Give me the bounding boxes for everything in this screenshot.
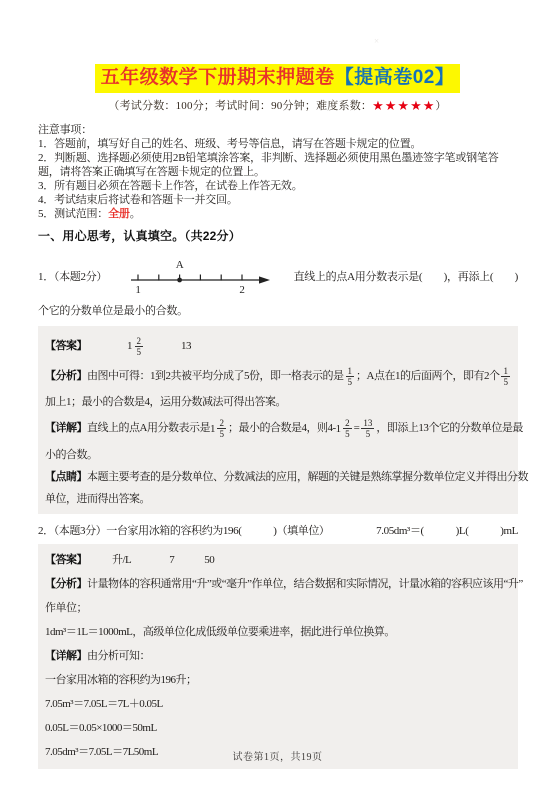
question-2-formula: 7.05dm³＝( )L( )mL — [376, 522, 518, 538]
exam-info-line: （考试分数：100分；考试时间：90分钟；难度系数：★★★★★） — [0, 97, 555, 114]
point-a-label: A — [176, 259, 184, 271]
tip-label: 【点睛】 — [45, 471, 87, 483]
q1-tip-line-1: 【点睛】本题主要考查的是分数单位、分数减法的应用，解题的关键是熟练掌握分数单位定… — [45, 469, 510, 485]
fraction-13-5: 135 — [361, 418, 374, 439]
question-1-text: 直线上的点A用分数表示是( )，再添上( ) — [294, 268, 518, 284]
faint-print-artifact: × — [374, 36, 379, 46]
q1-answer-fraction: 125 — [127, 334, 145, 358]
tick-label-2: 2 — [240, 284, 245, 296]
q2-detail-line-2: 一台家用冰箱的容积约为196升； — [45, 672, 510, 688]
analysis-label: 【分析】 — [45, 578, 87, 590]
detail-label: 【详解】 — [45, 422, 87, 434]
q2-analysis-line-1: 【分析】计量物体的容积通常用“升”或“毫升”作单位，结合数据和实际情况，计量冰箱… — [45, 576, 510, 592]
analysis-label: 【分析】 — [45, 370, 87, 382]
exam-paper: × 五年级数学下册期末押题卷【提高卷02】 （考试分数：100分；考试时间：90… — [0, 0, 555, 785]
q1-answer-second: 13 — [181, 340, 191, 352]
q2-analysis-line-2: 作单位； — [45, 600, 510, 616]
q1-tip-line-2: 单位，进而得出答案。 — [45, 491, 510, 507]
q2-answer-value-3: 50 — [204, 554, 214, 566]
fraction-1-5: 15 — [501, 366, 510, 387]
numberline-arrowhead — [259, 276, 270, 283]
q2-detail-line-3: 7.05m³＝7.05L＝7L＋0.05L — [45, 696, 510, 712]
q2-answer-value-2: 7 — [169, 554, 174, 566]
mixed-fraction-1-2-5: 125 — [210, 417, 228, 441]
notice-item-1: 1．答题前，填写好自己的姓名、班级、考号等信息，请写在答题卡规定的位置。 — [38, 137, 518, 151]
q2-answer-line: 【答案】升/L750 — [45, 552, 510, 568]
exam-info-text: （考试分数：100分；考试时间：90分钟；难度系数： — [108, 100, 372, 112]
point-a-dot — [178, 278, 183, 283]
notice-item-4: 4．考试结束后将试卷和答题卡一并交回。 — [38, 193, 518, 207]
notice-item-2: 2．判断题、选择题必须使用2B铅笔填涂答案，非判断、选择题必须使用黑色墨迹签字笔… — [38, 151, 518, 179]
question-2: 2．（本题3分）一台家用冰箱的容积约为196( )（填单位） 7.05dm³＝(… — [38, 522, 518, 538]
q1-detail-line-1: 【详解】直线上的点A用分数表示是125；最小的合数是4，则4-125=135，即… — [45, 416, 510, 440]
question-1-text-cont: 个它的分数单位是最小的合数。 — [38, 302, 518, 318]
q1-solution-block: 【答案】12513 【分析】由图中可得：1到2共被平均分成了5份，即一格表示的是… — [38, 326, 518, 514]
q2-answer-value-1: 升/L — [112, 554, 131, 566]
notice-heading: 注意事项： — [38, 123, 518, 137]
q2-detail-line-1: 【详解】由分析可知： — [45, 648, 510, 664]
mixed-fraction-1-2-5: 125 — [336, 417, 354, 441]
q1-analysis-line-2: 加上1；最小的合数是4，运用分数减法可得出答案。 — [45, 394, 510, 410]
section-1-heading: 一、用心思考，认真填空。（共22分） — [38, 227, 518, 244]
answer-label: 【答案】 — [45, 554, 87, 566]
q1-answer-line: 【答案】12513 — [45, 334, 510, 358]
answer-label: 【答案】 — [45, 340, 87, 352]
q1-analysis-line-1: 【分析】由图中可得：1到2共被平均分成了5份，即一格表示的是15；A点在1的后面… — [45, 364, 510, 388]
page-title: 五年级数学下册期末押题卷 — [101, 67, 335, 88]
q2-detail-line-4: 0.05L＝0.05×1000＝50mL — [45, 720, 510, 736]
page-footer: 试卷第1页，共19页 — [0, 748, 555, 763]
page-title-volume: 【提高卷02】 — [335, 67, 455, 88]
notice-item-5: 5．测试范围：全册。 — [38, 207, 518, 221]
q2-solution-block: 【答案】升/L750 【分析】计量物体的容积通常用“升”或“毫升”作单位，结合数… — [38, 544, 518, 769]
detail-label: 【详解】 — [45, 650, 87, 662]
numberline-figure: A 1 2 — [130, 256, 270, 296]
difficulty-stars: ★★★★★ — [372, 98, 435, 113]
question-1-number: 1．（本题2分） — [38, 268, 107, 284]
title-highlight: 五年级数学下册期末押题卷【提高卷02】 — [95, 64, 461, 93]
exam-info-close: ） — [435, 100, 446, 112]
scope-highlight: 全册 — [108, 208, 130, 220]
title-block: 五年级数学下册期末押题卷【提高卷02】 — [0, 64, 555, 93]
q1-detail-line-2: 小的合数。 — [45, 447, 510, 463]
notice-section: 注意事项： 1．答题前，填写好自己的姓名、班级、考号等信息，请写在答题卡规定的位… — [38, 123, 518, 221]
tick-label-1: 1 — [136, 284, 141, 296]
question-1: 1．（本题2分） A 1 2 直线上的点A用分数表示是( )，再添上( ) — [38, 256, 518, 296]
notice-item-3: 3．所有题目必须在答题卡上作答，在试卷上作答无效。 — [38, 179, 518, 193]
q2-analysis-line-3: 1dm³＝1L＝1000mL，高级单位化成低级单位要乘进率，据此进行单位换算。 — [45, 624, 510, 640]
fraction-1-5: 15 — [346, 366, 355, 387]
question-2-text: 2．（本题3分）一台家用冰箱的容积约为196( )（填单位） — [38, 522, 330, 538]
